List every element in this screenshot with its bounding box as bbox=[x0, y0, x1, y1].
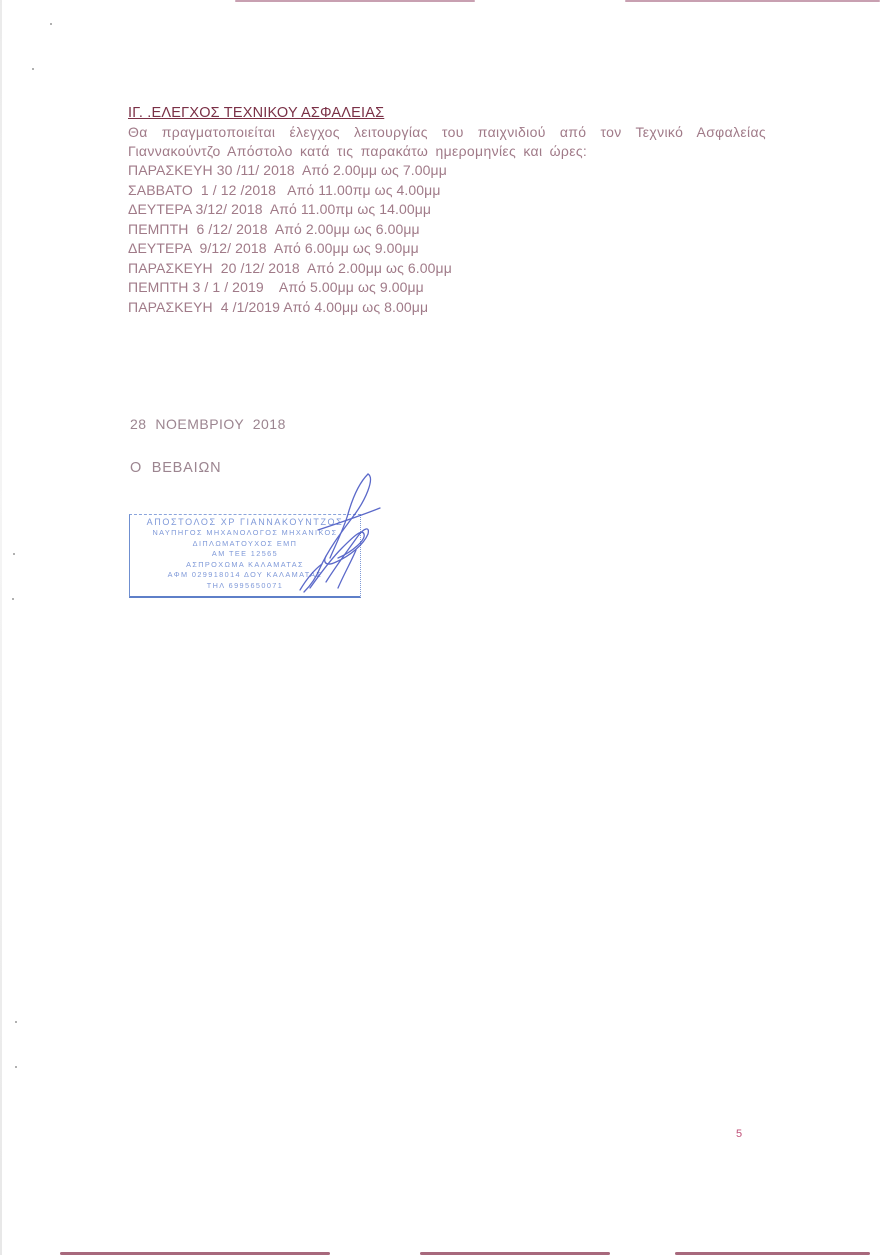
scan-edge-top bbox=[235, 0, 475, 2]
schedule-entry: ΠΑΡΑΣΚΕΥΗ 20 /12/ 2018 Από 2.00μμ ως 6.0… bbox=[128, 259, 768, 279]
schedule-entry: ΠΕΜΠΤΗ 3 / 1 / 2019 Από 5.00μμ ως 9.00μμ bbox=[128, 278, 768, 298]
scan-edge-left bbox=[0, 0, 2, 1255]
schedule-entry: ΣΑΒΒΑΤΟ 1 / 12 /2018 Από 11.00πμ ως 4.00… bbox=[128, 181, 768, 201]
scan-speck bbox=[50, 23, 52, 25]
signature-icon bbox=[240, 470, 390, 605]
scan-edge-top bbox=[625, 0, 880, 2]
schedule-entry: ΔΕΥΤΕΡΑ 3/12/ 2018 Από 11.00πμ ως 14.00μ… bbox=[128, 200, 768, 220]
schedule-entry: ΠΕΜΠΤΗ 6 /12/ 2018 Από 2.00μμ ως 6.00μμ bbox=[128, 220, 768, 240]
scan-speck bbox=[13, 553, 15, 555]
certifier-label: Ο ΒΕΒΑΙΩΝ bbox=[130, 460, 221, 476]
section-heading: ΙΓ. .ΕΛΕΓΧΟΣ ΤΕΧΝΙΚΟΥ ΑΣΦΑΛΕΙΑΣ bbox=[128, 104, 768, 123]
inspection-schedule: ΠΑΡΑΣΚΕΥΗ 30 /11/ 2018 Από 2.00μμ ως 7.0… bbox=[128, 161, 768, 317]
scan-speck bbox=[32, 68, 34, 70]
intro-paragraph: Θα πραγματοποιείται έλεγχος λειτουργίας … bbox=[128, 123, 766, 161]
document-date: 28 ΝΟΕΜΒΡΙΟΥ 2018 bbox=[130, 416, 286, 432]
scan-speck bbox=[15, 1066, 17, 1068]
schedule-entry: ΠΑΡΑΣΚΕΥΗ 30 /11/ 2018 Από 2.00μμ ως 7.0… bbox=[128, 161, 768, 181]
document-body: ΙΓ. .ΕΛΕΓΧΟΣ ΤΕΧΝΙΚΟΥ ΑΣΦΑΛΕΙΑΣ Θα πραγμ… bbox=[128, 104, 768, 317]
page-number: 5 bbox=[736, 1128, 742, 1140]
scan-speck bbox=[15, 1021, 17, 1023]
scan-speck bbox=[12, 598, 14, 600]
schedule-entry: ΠΑΡΑΣΚΕΥΗ 4 /1/2019 Από 4.00μμ ως 8.00μμ bbox=[128, 298, 768, 318]
schedule-entry: ΔΕΥΤΕΡΑ 9/12/ 2018 Από 6.00μμ ως 9.00μμ bbox=[128, 239, 768, 259]
